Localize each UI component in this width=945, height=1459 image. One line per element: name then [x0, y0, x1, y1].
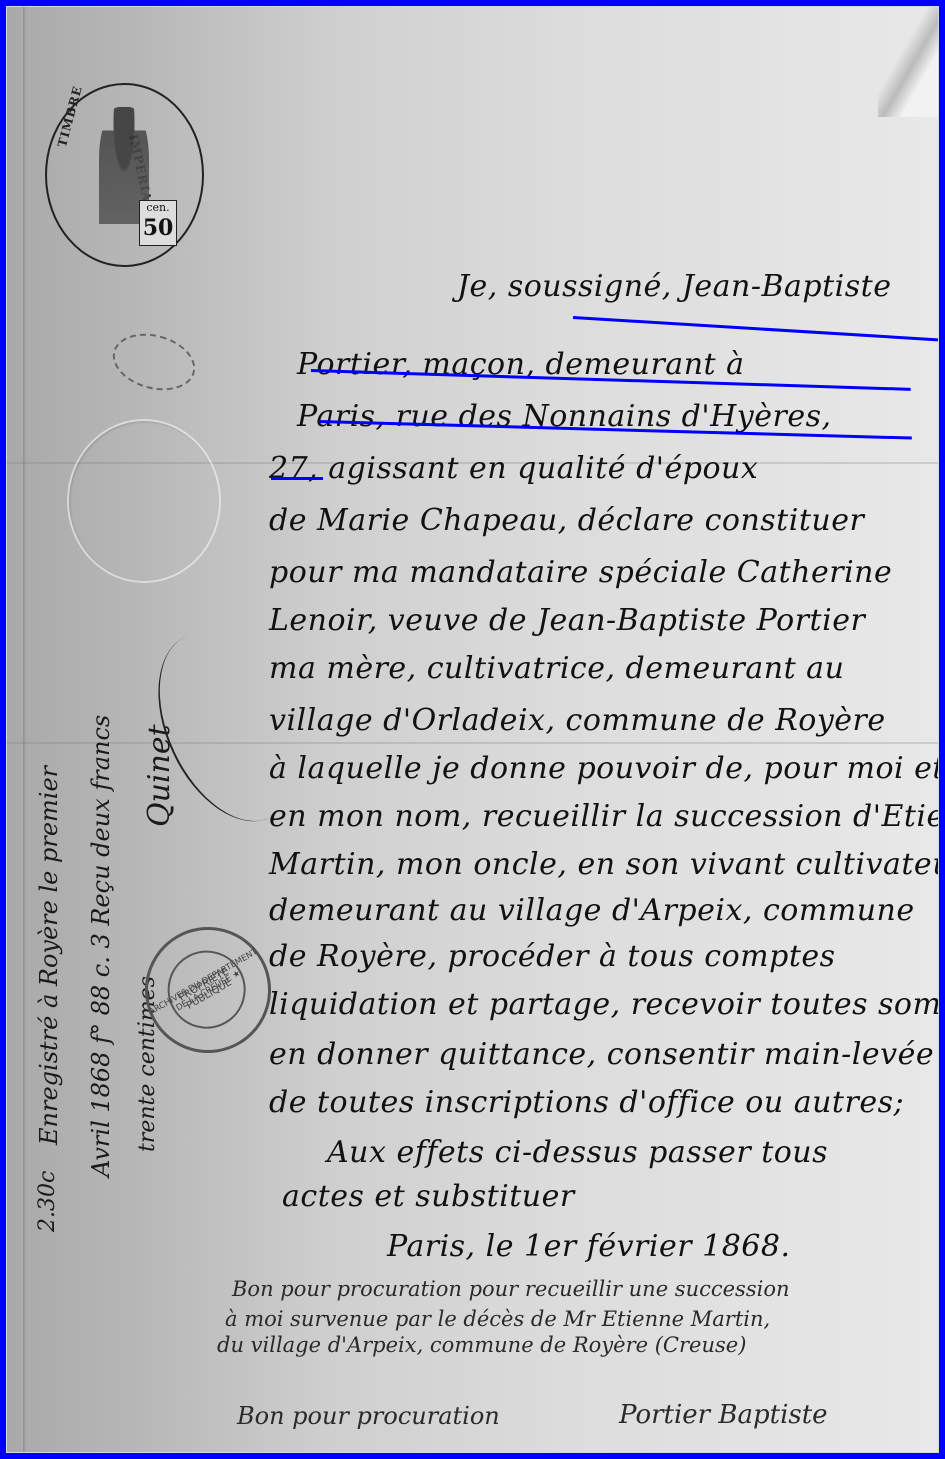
body-line: liquidation et partage, recevoir toutes …	[269, 987, 939, 1022]
body-line: village d'Orladeix, commune de Royère	[269, 703, 886, 738]
stamp-value-box: cen. 50	[139, 200, 177, 246]
body-line: en mon nom, recueillir la succession d'E…	[269, 799, 939, 834]
margin-note-date: Avril 1868 f° 88 c. 3 Reçu deux francs	[87, 715, 115, 1177]
timbre-imperial-stamp: TIMBRE IMPERIAL. cen. 50	[45, 83, 204, 267]
body-line: Lenoir, veuve de Jean-Baptiste Portier	[269, 603, 865, 638]
stamp-left-label: TIMBRE	[55, 84, 85, 149]
page-edge-shadow	[23, 7, 26, 1452]
annotation-underline	[573, 316, 939, 342]
document-page: TIMBRE IMPERIAL. cen. 50 2.30c Enregistr…	[6, 6, 939, 1453]
body-line: ma mère, cultivatrice, demeurant au	[269, 651, 844, 686]
body-line: 27, agissant en qualité d'époux	[269, 451, 758, 486]
body-line: Aux effets ci-dessus passer tous	[327, 1135, 828, 1170]
folded-corner	[878, 7, 938, 117]
stamp-value: 50	[140, 215, 176, 241]
signature-approval: Bon pour procuration	[237, 1402, 500, 1430]
small-oval-stamp	[106, 325, 201, 399]
body-line: de Royère, procéder à tous comptes	[269, 939, 836, 974]
body-line: Martin, mon oncle, en son vivant cultiva…	[269, 847, 939, 882]
body-line: Je, soussigné, Jean-Baptiste	[457, 269, 891, 304]
body-line: pour ma mandataire spéciale Catherine	[269, 555, 892, 590]
date-line: Paris, le 1er février 1868.	[387, 1229, 791, 1264]
approval-line: à moi survenue par le décès de Mr Etienn…	[225, 1307, 770, 1331]
body-line: demeurant au village d'Arpeix, commune	[269, 893, 915, 928]
approval-line: Bon pour procuration pour recueillir une…	[232, 1277, 790, 1301]
body-line: de Marie Chapeau, déclare constituer	[269, 503, 864, 538]
body-line: actes et substituer	[282, 1179, 575, 1214]
embossed-seal	[67, 419, 221, 583]
body-line: à laquelle je donne pouvoir de, pour moi…	[269, 751, 939, 786]
body-line: de toutes inscriptions d'office ou autre…	[269, 1085, 904, 1120]
margin-note-registration: Enregistré à Royère le premier	[35, 766, 63, 1145]
signature: Portier Baptiste	[619, 1400, 828, 1430]
stamp-unit: cen.	[146, 201, 169, 214]
body-line: en donner quittance, consentir main-levé…	[269, 1037, 934, 1072]
annotation-underline	[271, 477, 323, 480]
margin-note-fee: 2.30c	[35, 1171, 60, 1232]
approval-line: du village d'Arpeix, commune de Royère (…	[217, 1333, 746, 1357]
